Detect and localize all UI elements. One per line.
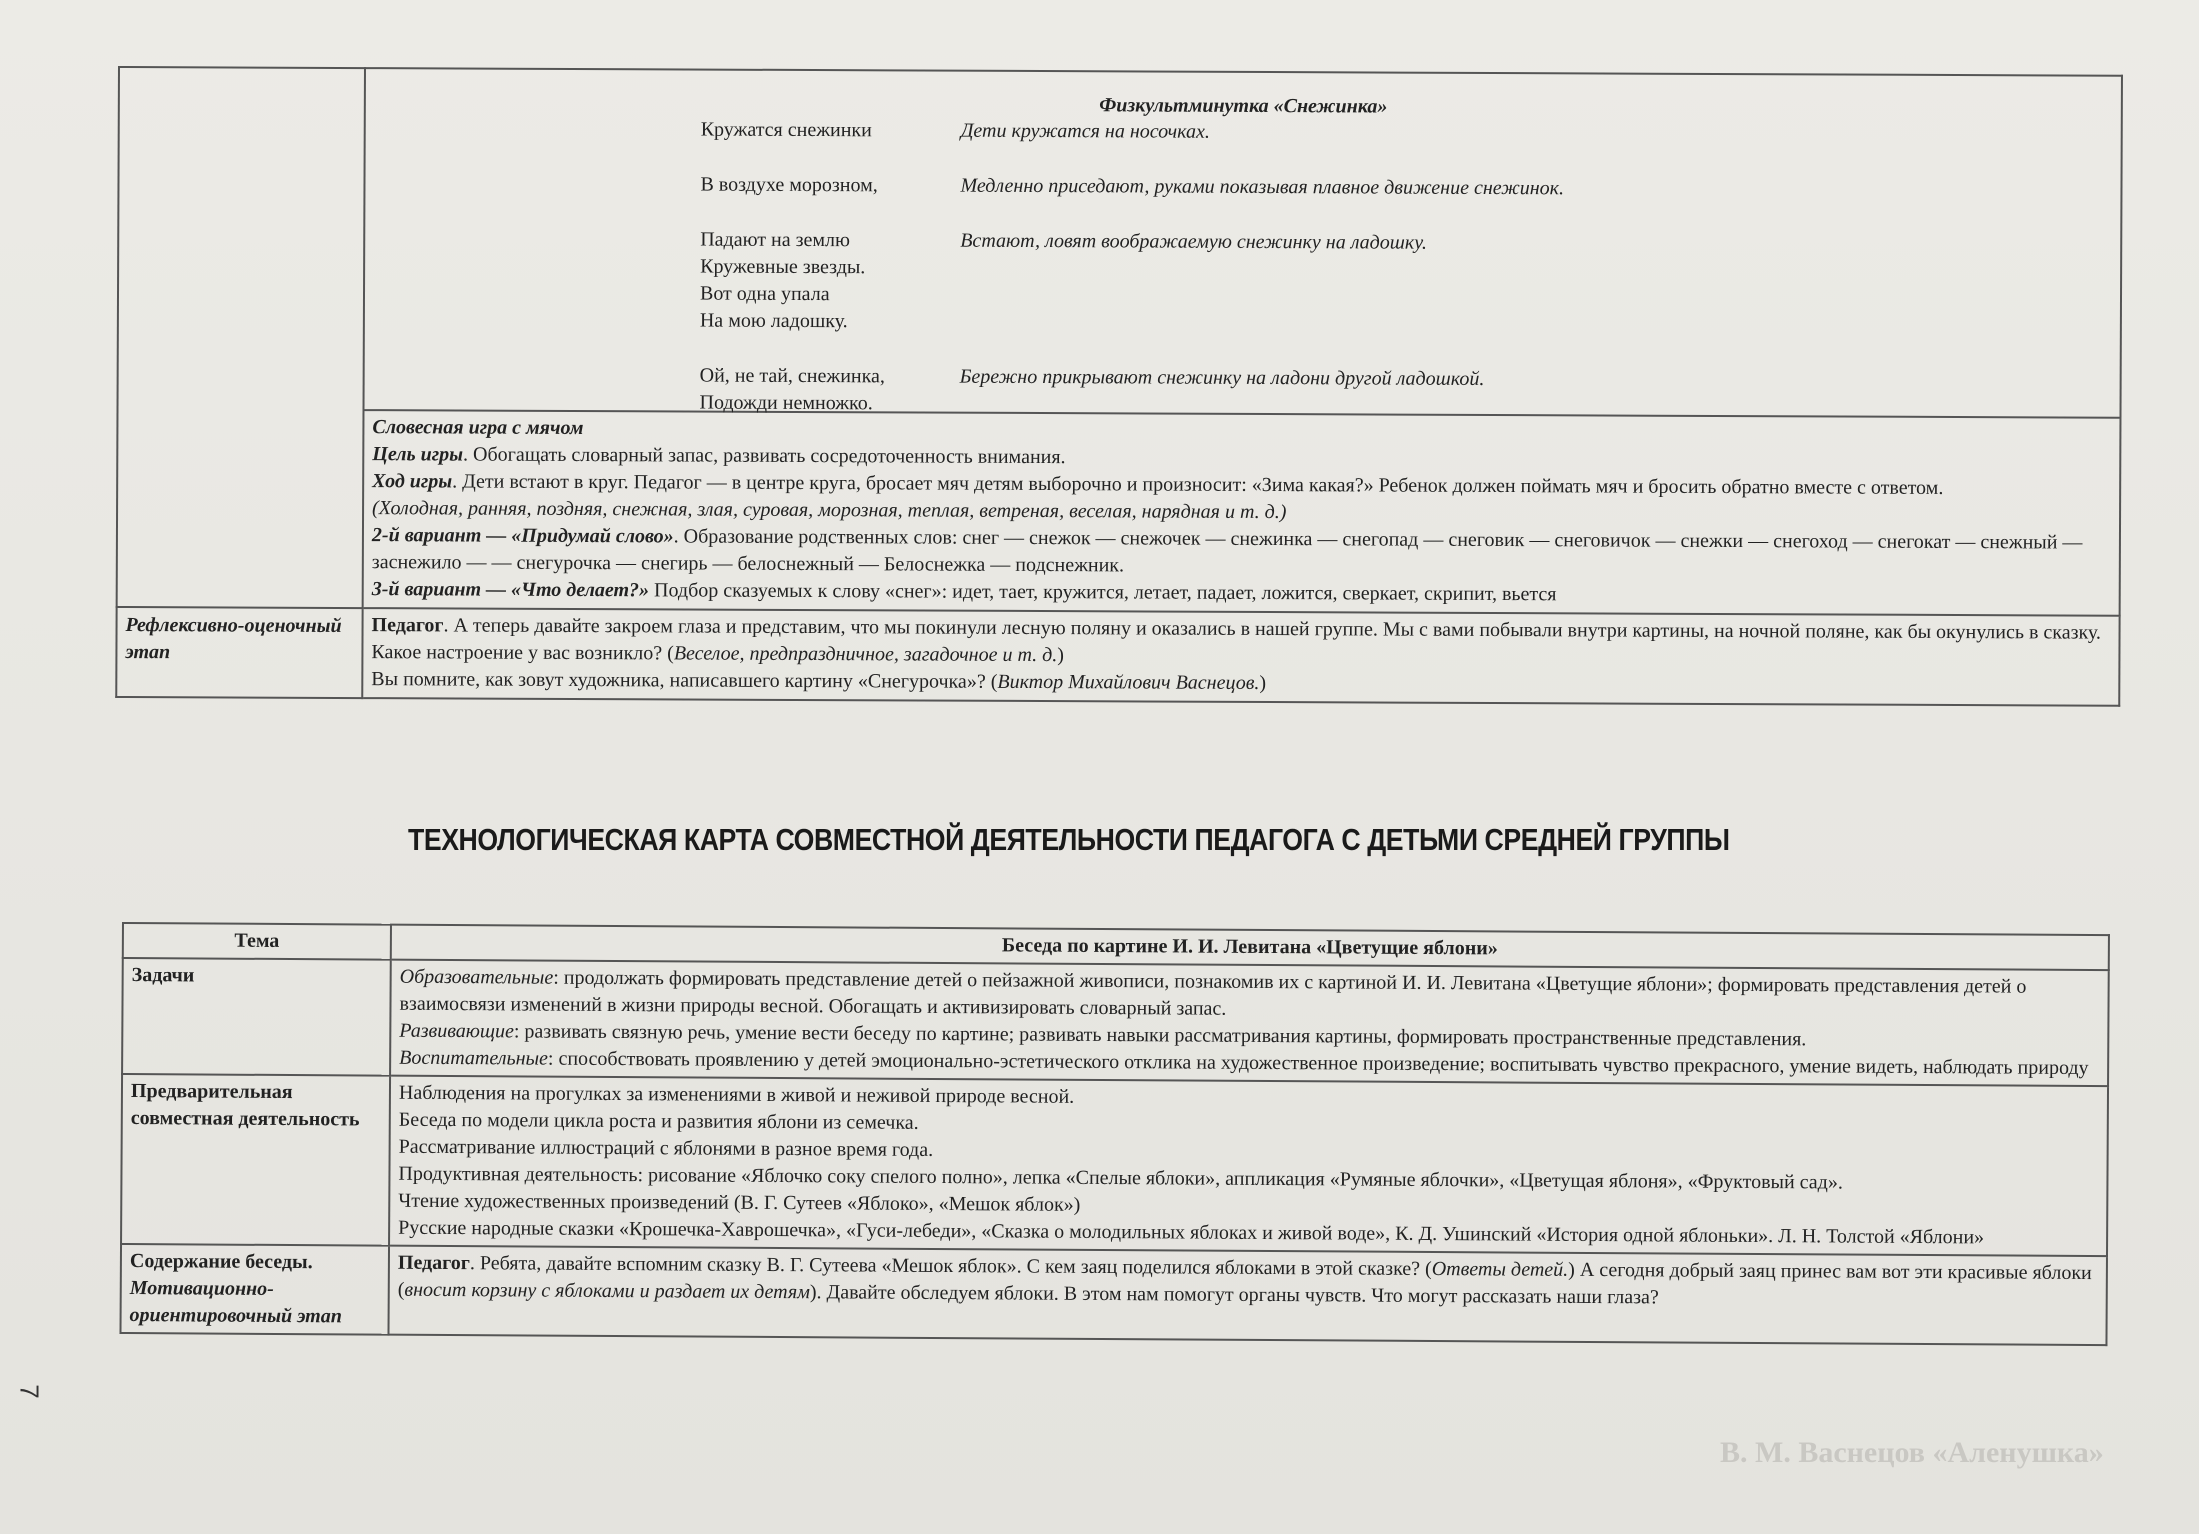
poem-row: Ой, не тай, снежинка, Подожди немножко. …: [699, 363, 1563, 421]
verse-line: Подожди немножко.: [699, 390, 959, 418]
poem-row: Падают на землю Кружевные звезды. Вот од…: [700, 227, 1564, 339]
content-text: Педагог. Ребята, давайте вспомним сказку…: [388, 1246, 2107, 1345]
stage-cell-empty: [117, 67, 365, 608]
page-number: 7: [14, 1384, 45, 1398]
table-row: Задачи Образовательные: продолжать форми…: [122, 958, 2109, 1086]
poem-rows: Кружатся снежинки Дети кружатся на носоч…: [699, 117, 1564, 421]
verse-line: Кружатся снежинки: [701, 117, 961, 145]
stage-reflexive: Рефлексивно-оценочный этап: [116, 607, 362, 698]
verse-line: Падают на землю: [700, 227, 960, 255]
lesson-table-continued: Физкультминутка «Снежинка» Кружатся снеж…: [115, 66, 2123, 707]
action-text: Встают, ловят воображаемую снежинку на л…: [960, 228, 1427, 338]
bleed-through-text: В. М. Васнецов «Аленушка»: [1720, 1436, 2104, 1470]
action-text: Дети кружатся на носочках.: [961, 118, 1210, 146]
poem-row: В воздухе морозном, Медленно приседают, …: [700, 172, 1564, 203]
prelim-label: Предварительная совместная деятельность: [121, 1074, 390, 1246]
section-title: ТЕХНОЛОГИЧЕСКАЯ КАРТА СОВМЕСТНОЙ ДЕЯТЕЛЬ…: [408, 822, 1629, 858]
game-variant-2: 2-й вариант — «Придумай слово». Образова…: [372, 522, 2111, 584]
table-row: Содержание беседы. Мотивационно-ориентир…: [120, 1244, 2107, 1345]
tasks-label: Задачи: [122, 958, 391, 1076]
verse-line: Вот одна упала: [700, 281, 960, 309]
word-game-block: Словесная игра с мячом Цель игры. Обогащ…: [364, 409, 2120, 615]
physical-minute-block: Физкультминутка «Снежинка» Кружатся снеж…: [365, 69, 2121, 417]
content-label: Содержание беседы. Мотивационно-ориентир…: [120, 1244, 389, 1335]
action-text: Бережно прикрывают снежинку на ладони др…: [959, 364, 1484, 420]
action-text: Медленно приседают, руками показывая пла…: [960, 173, 1564, 203]
tasks-content: Образовательные: продолжать формировать …: [390, 960, 2109, 1086]
document-page: Физкультминутка «Снежинка» Кружатся снеж…: [0, 0, 2199, 1534]
theme-label: Тема: [123, 923, 391, 960]
verse-line: Кружевные звезды.: [700, 254, 960, 282]
activity-cell: Физкультминутка «Снежинка» Кружатся снеж…: [363, 68, 2122, 616]
verse-line: В воздухе морозном,: [700, 172, 960, 200]
prelim-content: Наблюдения на прогулках за изменениями в…: [389, 1076, 2108, 1256]
verse-line: Ой, не тай, снежинка,: [700, 363, 960, 391]
poem-row: Кружатся снежинки Дети кружатся на носоч…: [701, 117, 1565, 148]
technological-map-table: Тема Беседа по картине И. И. Левитана «Ц…: [119, 922, 2109, 1346]
table-row: Предварительная совместная деятельность …: [121, 1074, 2108, 1256]
verse-line: На мою ладошку.: [700, 308, 960, 336]
reflexive-content: Педагог. А теперь давайте закроем глаза …: [362, 608, 2119, 706]
